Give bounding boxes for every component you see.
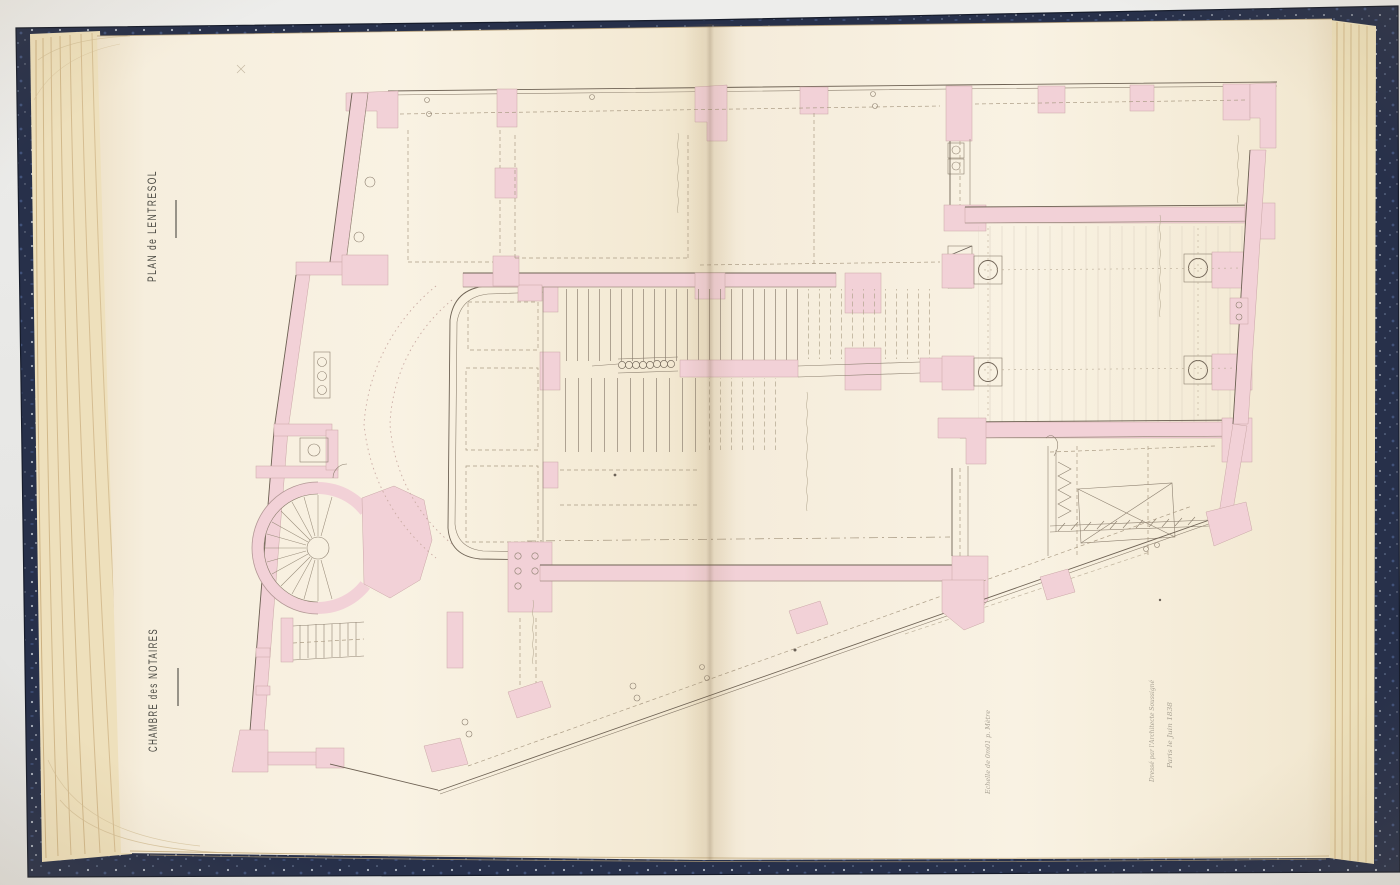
- photo-vignette: [0, 0, 1400, 885]
- photographed-open-book: PLAN de LENTRESOL CHAMBRE des NOTAIRES E…: [0, 0, 1400, 885]
